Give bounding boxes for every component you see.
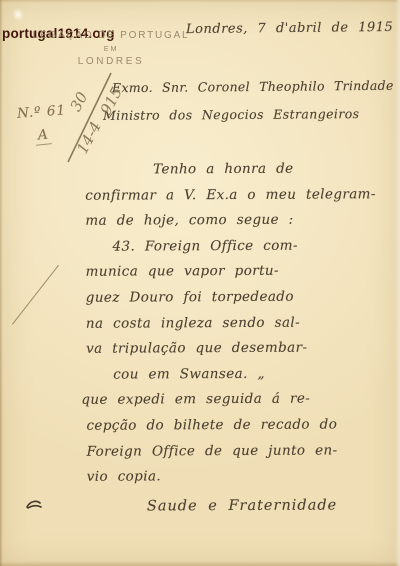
body-line: 43. Foreign Office com- bbox=[85, 237, 385, 264]
registry-diagonal-annotation: 30 915 14-4 bbox=[55, 60, 139, 175]
diagonal-number: 30 bbox=[67, 89, 92, 115]
addressee-title: Ministro dos Negocios Estrangeiros bbox=[103, 106, 360, 123]
diagonal-date: 14-4 bbox=[73, 119, 105, 157]
body-line: na costa ingleza sendo sal- bbox=[86, 314, 386, 341]
body-line: vio copia. bbox=[87, 467, 387, 494]
paper-blemish bbox=[12, 8, 24, 21]
body-line: cou em Swansea. „ bbox=[86, 365, 386, 392]
body-line: Foreign Office de que junto en- bbox=[87, 442, 387, 469]
body-line: Tenho a honra de bbox=[85, 160, 385, 187]
body-line: guez Douro foi torpedeado bbox=[86, 288, 386, 315]
body-line: va tripulação que desembar- bbox=[86, 339, 386, 366]
diagonal-year: 915 bbox=[97, 84, 126, 118]
scanned-letter-page: portugal1914.org LEGAÇÃO DE PORTUGAL EM … bbox=[0, 0, 400, 566]
body-line: munica que vapor portu- bbox=[86, 263, 386, 290]
letterhead-line2: EM bbox=[20, 44, 202, 53]
letterhead-line1: LEGAÇÃO DE PORTUGAL bbox=[20, 30, 202, 41]
margin-pencil-stroke bbox=[12, 265, 59, 325]
reference-series: A bbox=[34, 126, 52, 146]
body-line: ma de hoje, como segue : bbox=[85, 211, 385, 238]
body-line: que expedi em seguida á re- bbox=[81, 391, 386, 418]
letter-body: Tenho a honra de confirmar a V. Ex.a o m… bbox=[85, 160, 387, 520]
ink-mark bbox=[24, 498, 44, 512]
closing-salutation: Saude e Fraternidade bbox=[87, 493, 387, 520]
addressee-name: Exmo. Snr. Coronel Theophilo Trindade bbox=[112, 78, 394, 95]
body-line: confirmar a V. Ex.a o meu telegram- bbox=[85, 186, 385, 213]
date-line: Londres, 7 d'abril de 1915 bbox=[186, 20, 393, 37]
body-line: cepção do bilhete de recado do bbox=[86, 416, 386, 443]
